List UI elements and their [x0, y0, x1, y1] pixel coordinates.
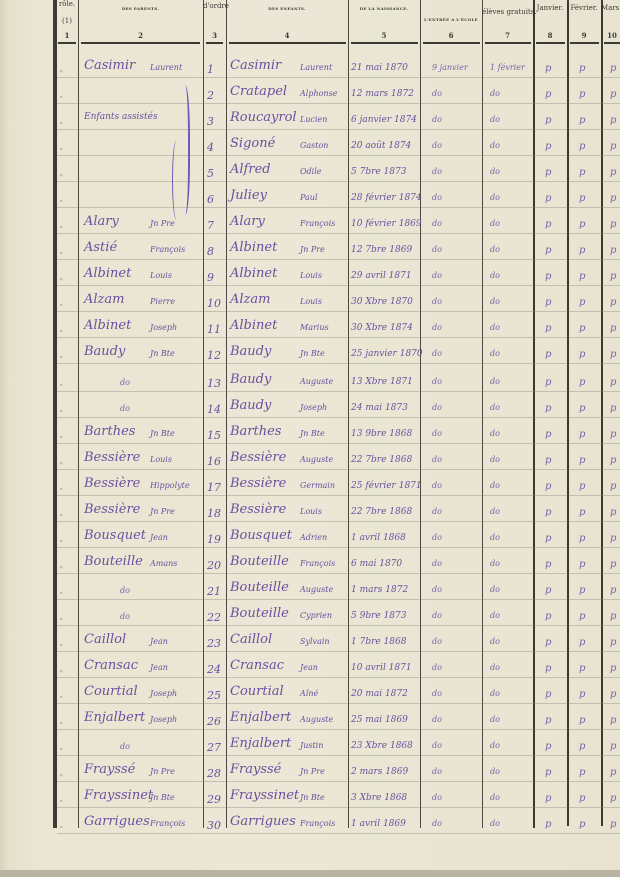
child-given-name: Joseph — [300, 403, 327, 412]
child-surname: Enjalbert — [230, 710, 291, 725]
child-surname: Bousquet — [230, 528, 292, 543]
birth-date: 1 avril 1869 — [351, 819, 406, 829]
free-pupil-status: do — [490, 403, 500, 412]
january-presence: p — [545, 507, 551, 518]
february-presence: p — [579, 793, 585, 804]
parent-given-name: François — [150, 819, 185, 828]
row-tick: " — [60, 174, 63, 181]
birth-date: 20 mai 1872 — [351, 689, 408, 699]
march-presence: p — [610, 663, 616, 674]
parent-surname: do — [120, 586, 130, 595]
birth-date: 6 mai 1870 — [351, 559, 402, 569]
free-pupil-status: do — [490, 611, 500, 620]
entry-date: do — [432, 403, 442, 412]
header-order: d'ordre — [203, 2, 226, 10]
child-surname: Bessière — [230, 502, 286, 517]
march-presence: p — [610, 323, 616, 334]
birth-date: 5 7bre 1873 — [351, 167, 406, 177]
february-presence: p — [579, 167, 585, 178]
child-given-name: Cyprien — [300, 611, 332, 620]
row-rule — [57, 573, 620, 574]
child-surname: Garrigues — [230, 814, 296, 829]
row-rule — [57, 521, 620, 522]
parent-surname: Enjalbert — [84, 710, 145, 725]
row-tick: " — [60, 96, 63, 103]
child-given-name: Louis — [300, 271, 322, 280]
parent-surname: Caillol — [84, 632, 126, 647]
birth-date: 20 août 1874 — [351, 141, 411, 151]
child-surname: Bessière — [230, 450, 286, 465]
february-presence: p — [579, 89, 585, 100]
child-given-name: Auguste — [300, 715, 333, 724]
parent-given-name: Joseph — [150, 323, 177, 332]
february-presence: p — [579, 819, 585, 830]
row-tick: " — [60, 278, 63, 285]
row-rule — [57, 363, 620, 364]
parent-surname: Frayssinet — [84, 788, 153, 803]
january-presence: p — [545, 715, 551, 726]
parent-given-name: Jean — [150, 663, 168, 672]
row-rule — [57, 755, 620, 756]
header-col1-title: rôle. — [56, 0, 78, 8]
march-presence: p — [610, 507, 616, 518]
march-presence: p — [610, 271, 616, 282]
entry-date: do — [432, 245, 442, 254]
row-tick: " — [60, 722, 63, 729]
order-number: 24 — [207, 663, 221, 676]
birth-date: 24 mai 1873 — [351, 403, 408, 413]
row-tick: " — [60, 748, 63, 755]
february-presence: p — [579, 741, 585, 752]
january-presence: p — [545, 585, 551, 596]
row-tick: " — [60, 200, 63, 207]
january-presence: p — [545, 167, 551, 178]
parent-given-name: François — [150, 245, 185, 254]
january-presence: p — [545, 141, 551, 152]
order-number: 28 — [207, 767, 221, 780]
february-presence: p — [579, 193, 585, 204]
header-rule — [206, 42, 223, 44]
entry-date: do — [432, 767, 442, 776]
row-rule — [57, 233, 620, 234]
parent-given-name: Jn Pre — [150, 767, 175, 776]
child-surname: Courtial — [230, 684, 284, 699]
parent-given-name: Jn Bte — [150, 349, 175, 358]
order-number: 22 — [207, 611, 221, 624]
order-number: 21 — [207, 585, 221, 598]
child-surname: Cratapel — [230, 84, 287, 99]
entry-date: do — [432, 429, 442, 438]
order-number: 2 — [207, 89, 214, 102]
row-rule — [57, 807, 620, 808]
march-presence: p — [610, 245, 616, 256]
parent-surname: do — [120, 404, 130, 413]
col-number: 2 — [78, 31, 203, 40]
parent-surname: do — [120, 612, 130, 621]
free-pupil-status: do — [490, 559, 500, 568]
row-tick: " — [60, 592, 63, 599]
child-given-name: Louis — [300, 297, 322, 306]
child-given-name: Auguste — [300, 377, 333, 386]
march-presence: p — [610, 219, 616, 230]
child-surname: Albinet — [230, 266, 277, 281]
child-given-name: Marius — [300, 323, 329, 332]
free-pupil-status: do — [490, 141, 500, 150]
order-number: 5 — [207, 167, 214, 180]
row-rule — [57, 677, 620, 678]
order-number: 16 — [207, 455, 221, 468]
free-pupil-status: do — [490, 429, 500, 438]
parent-given-name: Pierre — [150, 297, 175, 306]
february-presence: p — [579, 455, 585, 466]
parent-given-name: Jean — [150, 637, 168, 646]
entry-date: do — [432, 193, 442, 202]
parent-given-name: Jn Pre — [150, 219, 175, 228]
free-pupil-status: do — [490, 481, 500, 490]
child-given-name: Laurent — [300, 63, 332, 72]
parent-surname: Bessière — [84, 476, 140, 491]
header-rule — [485, 42, 531, 44]
free-pupil-status: do — [490, 585, 500, 594]
row-rule — [57, 495, 620, 496]
row-rule — [57, 77, 620, 78]
order-number: 30 — [207, 819, 221, 832]
parent-surname: Astié — [84, 240, 117, 255]
parent-surname: Casimir — [84, 58, 135, 73]
january-presence: p — [545, 689, 551, 700]
january-presence: p — [545, 271, 551, 282]
child-given-name: Auguste — [300, 585, 333, 594]
february-presence: p — [579, 767, 585, 778]
february-presence: p — [579, 245, 585, 256]
entry-date: do — [432, 533, 442, 542]
header-birth: DE LA NAISSANCE. — [348, 6, 420, 11]
child-given-name: Odile — [300, 167, 322, 176]
child-given-name: Jn Bte — [300, 429, 325, 438]
child-surname: Roucayrol — [230, 110, 297, 125]
free-pupil-status: do — [490, 455, 500, 464]
child-given-name: François — [300, 819, 335, 828]
row-tick: " — [60, 462, 63, 469]
entry-date: do — [432, 585, 442, 594]
row-rule — [57, 599, 620, 600]
february-presence: p — [579, 297, 585, 308]
header-rule — [423, 42, 480, 44]
row-rule — [57, 337, 620, 338]
child-surname: Cransac — [230, 658, 284, 673]
january-presence: p — [545, 115, 551, 126]
parent-surname: Bessière — [84, 450, 140, 465]
row-tick: " — [60, 384, 63, 391]
march-presence: p — [610, 559, 616, 570]
child-surname: Bouteille — [230, 580, 289, 595]
january-presence: p — [545, 481, 551, 492]
order-number: 1 — [207, 63, 214, 76]
row-rule — [57, 833, 620, 834]
register-page: rôle. (1) DES PARENTS. d'ordre DES ENFAN… — [0, 0, 620, 877]
brace-mark — [172, 140, 181, 220]
order-number: 9 — [207, 271, 214, 284]
free-pupil-status: do — [490, 533, 500, 542]
header-rule — [58, 42, 76, 44]
row-tick: " — [60, 618, 63, 625]
row-tick: " — [60, 356, 63, 363]
child-given-name: Jn Bte — [300, 349, 325, 358]
february-presence: p — [579, 559, 585, 570]
february-presence: p — [579, 481, 585, 492]
child-surname: Albinet — [230, 318, 277, 333]
parent-given-name: Laurent — [150, 63, 182, 72]
february-presence: p — [579, 271, 585, 282]
entry-date: do — [432, 793, 442, 802]
parent-surname: Barthes — [84, 424, 135, 439]
row-tick: " — [60, 774, 63, 781]
row-tick: " — [60, 330, 63, 337]
row-rule — [57, 181, 620, 182]
order-number: 26 — [207, 715, 221, 728]
child-given-name: Germain — [300, 481, 335, 490]
row-tick: " — [60, 70, 63, 77]
child-surname: Frayssé — [230, 762, 281, 777]
child-given-name: Jean — [300, 663, 318, 672]
group-note: Enfants assistés — [84, 112, 158, 122]
child-surname: Bouteille — [230, 606, 289, 621]
order-number: 7 — [207, 219, 214, 232]
child-surname: Baudy — [230, 344, 271, 359]
entry-date: do — [432, 611, 442, 620]
january-presence: p — [545, 89, 551, 100]
january-presence: p — [545, 741, 551, 752]
free-pupil-status: do — [490, 89, 500, 98]
parent-given-name: Jn Pre — [150, 507, 175, 516]
child-surname: Sigoné — [230, 136, 275, 151]
february-presence: p — [579, 349, 585, 360]
child-surname: Bouteille — [230, 554, 289, 569]
row-tick: " — [60, 122, 63, 129]
col-number: 10 — [601, 31, 620, 40]
child-given-name: Sylvain — [300, 637, 330, 646]
march-presence: p — [610, 637, 616, 648]
january-presence: p — [545, 297, 551, 308]
february-presence: p — [579, 429, 585, 440]
order-number: 3 — [207, 115, 214, 128]
entry-date: do — [432, 141, 442, 150]
free-pupil-status: do — [490, 637, 500, 646]
january-presence: p — [545, 533, 551, 544]
row-rule — [57, 781, 620, 782]
february-presence: p — [579, 715, 585, 726]
entry-date: do — [432, 167, 442, 176]
order-number: 27 — [207, 741, 221, 754]
january-presence: p — [545, 219, 551, 230]
february-presence: p — [579, 533, 585, 544]
order-number: 11 — [207, 323, 221, 336]
order-number: 10 — [207, 297, 221, 310]
free-pupil-status: do — [490, 715, 500, 724]
february-presence: p — [579, 403, 585, 414]
order-number: 13 — [207, 377, 221, 390]
row-tick: " — [60, 304, 63, 311]
parent-given-name: Joseph — [150, 715, 177, 724]
entry-date: do — [432, 219, 442, 228]
birth-date: 1 7bre 1868 — [351, 637, 406, 647]
entry-date: do — [432, 349, 442, 358]
entry-date: do — [432, 377, 442, 386]
entry-date: do — [432, 115, 442, 124]
february-presence: p — [579, 663, 585, 674]
birth-date: 3 Xbre 1868 — [351, 793, 407, 803]
child-given-name: Jn Pre — [300, 767, 325, 776]
march-presence: p — [610, 819, 616, 830]
row-tick: " — [60, 826, 63, 833]
entry-date: do — [432, 271, 442, 280]
order-number: 15 — [207, 429, 221, 442]
free-pupil-status: do — [490, 193, 500, 202]
header-rule — [604, 42, 620, 44]
free-pupil-status: do — [490, 167, 500, 176]
march-presence: p — [610, 455, 616, 466]
free-pupil-status: do — [490, 349, 500, 358]
entry-date: do — [432, 507, 442, 516]
child-surname: Alary — [230, 214, 265, 229]
order-number: 8 — [207, 245, 214, 258]
order-number: 12 — [207, 349, 221, 362]
parent-surname: Frayssé — [84, 762, 135, 777]
free-pupil-status: do — [490, 245, 500, 254]
row-rule — [57, 311, 620, 312]
child-surname: Alzam — [230, 292, 270, 307]
march-presence: p — [610, 689, 616, 700]
row-tick: " — [60, 488, 63, 495]
january-presence: p — [545, 377, 551, 388]
february-presence: p — [579, 63, 585, 74]
birth-date: 25 janvier 1870 — [351, 349, 423, 359]
row-rule — [57, 391, 620, 392]
february-presence: p — [579, 219, 585, 230]
header-rule — [351, 42, 418, 44]
birth-date: 23 Xbre 1868 — [351, 741, 413, 751]
col-number: 8 — [533, 31, 567, 40]
child-surname: Caillol — [230, 632, 272, 647]
february-presence: p — [579, 637, 585, 648]
order-number: 20 — [207, 559, 221, 572]
row-rule — [57, 129, 620, 130]
row-rule — [57, 207, 620, 208]
january-presence: p — [545, 245, 551, 256]
birth-date: 29 avril 1871 — [351, 271, 412, 281]
page-edge — [0, 870, 620, 877]
march-presence: p — [610, 767, 616, 778]
parent-given-name: Hippolyte — [150, 481, 190, 490]
col-number: 4 — [226, 31, 348, 40]
header-rule — [229, 42, 346, 44]
row-tick: " — [60, 436, 63, 443]
order-number: 14 — [207, 403, 221, 416]
order-number: 25 — [207, 689, 221, 702]
child-given-name: Alphonse — [300, 89, 337, 98]
header-col1-note: (1) — [56, 17, 78, 25]
header-february: Février. — [567, 4, 601, 12]
free-pupil-status: do — [490, 297, 500, 306]
free-pupil-status: do — [490, 377, 500, 386]
march-presence: p — [610, 715, 616, 726]
birth-date: 1 mars 1872 — [351, 585, 408, 595]
child-given-name: François — [300, 219, 335, 228]
header-march: Mars — [601, 4, 620, 12]
child-given-name: Justin — [300, 741, 323, 750]
february-presence: p — [579, 689, 585, 700]
parent-surname: Garrigues — [84, 814, 150, 829]
entry-date: do — [432, 481, 442, 490]
row-tick: " — [60, 540, 63, 547]
row-tick: " — [60, 670, 63, 677]
row-rule — [57, 259, 620, 260]
col-number: 9 — [567, 31, 601, 40]
order-number: 6 — [207, 193, 214, 206]
row-rule — [57, 651, 620, 652]
col-number: 7 — [482, 31, 533, 40]
birth-date: 2 mars 1869 — [351, 767, 408, 777]
child-given-name: Paul — [300, 193, 318, 202]
february-presence: p — [579, 377, 585, 388]
january-presence: p — [545, 819, 551, 830]
free-pupil-status: do — [490, 271, 500, 280]
child-given-name: Adrien — [300, 533, 327, 542]
col-number: 1 — [56, 31, 78, 40]
january-presence: p — [545, 455, 551, 466]
child-surname: Baudy — [230, 398, 271, 413]
march-presence: p — [610, 89, 616, 100]
parent-given-name: Amans — [150, 559, 177, 568]
parent-surname: Baudy — [84, 344, 125, 359]
march-presence: p — [610, 297, 616, 308]
child-surname: Albinet — [230, 240, 277, 255]
birth-date: 30 Xbre 1870 — [351, 297, 413, 307]
february-presence: p — [579, 507, 585, 518]
parent-surname: do — [120, 378, 130, 387]
parent-surname: Courtial — [84, 684, 138, 699]
january-presence: p — [545, 559, 551, 570]
entry-date: do — [432, 297, 442, 306]
january-presence: p — [545, 323, 551, 334]
birth-date: 6 janvier 1874 — [351, 115, 417, 125]
row-rule — [57, 155, 620, 156]
february-presence: p — [579, 115, 585, 126]
free-pupil-status: do — [490, 767, 500, 776]
entry-date: do — [432, 689, 442, 698]
january-presence: p — [545, 403, 551, 414]
entry-date: do — [432, 323, 442, 332]
march-presence: p — [610, 349, 616, 360]
march-presence: p — [610, 481, 616, 492]
child-surname: Bessière — [230, 476, 286, 491]
header-children: DES ENFANTS. — [226, 6, 348, 11]
birth-date: 12 7bre 1869 — [351, 245, 412, 255]
row-tick: " — [60, 410, 63, 417]
order-number: 29 — [207, 793, 221, 806]
march-presence: p — [610, 585, 616, 596]
parent-given-name: Jn Bte — [150, 793, 175, 802]
entry-date: do — [432, 819, 442, 828]
parent-surname: Albinet — [84, 318, 131, 333]
child-surname: Barthes — [230, 424, 281, 439]
child-given-name: Aîné — [300, 689, 318, 698]
january-presence: p — [545, 793, 551, 804]
february-presence: p — [579, 611, 585, 622]
header-free-pupils: élèves gratuits. — [482, 8, 533, 16]
header-entry: L'ENTRÉE A L'ÉCOLE — [420, 17, 482, 22]
row-rule — [57, 103, 620, 104]
